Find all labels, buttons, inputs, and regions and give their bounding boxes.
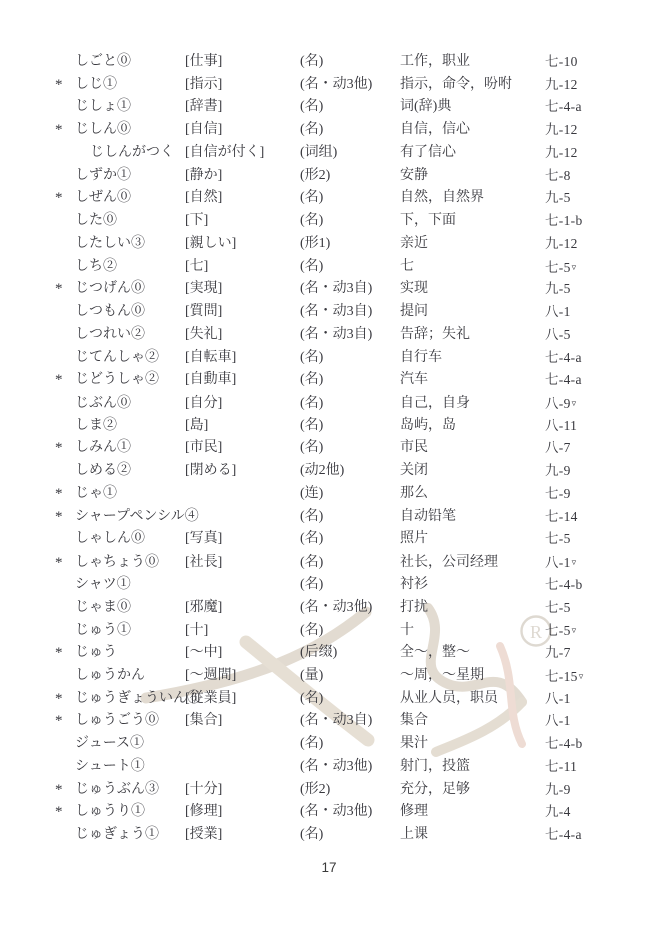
vocab-row: したしい③[親しい](形1)亲近九-12 <box>55 233 658 256</box>
meaning-cell: 果汁 <box>400 733 545 756</box>
pos-cell: (名) <box>300 824 400 847</box>
kanji-cell: [静か] <box>185 165 300 188</box>
ref-cell: 九-5 <box>545 187 658 210</box>
meaning-cell: 衬衫 <box>400 574 545 597</box>
star-marker: * <box>55 74 75 97</box>
meaning-cell: 射门，投篮 <box>400 756 545 779</box>
vocab-row: じゅう①[十](名)十七-5▿ <box>55 619 658 642</box>
ref-cell: 七-15▿ <box>545 665 658 689</box>
vocab-row: じしょ①[辞書](名)词(辞)典七-4-a <box>55 96 658 119</box>
vocab-row: じぶん⓪[自分](名)自己，自身八-9▿ <box>55 392 658 415</box>
ref-cell: 九-12 <box>545 74 658 97</box>
vocab-row: *しゅうごう⓪[集合](名・动3自)集合八-1 <box>55 710 658 733</box>
meaning-cell: 社长，公司经理 <box>400 552 545 575</box>
pos-cell: (名・动3自) <box>300 710 400 733</box>
star-marker: * <box>55 779 75 802</box>
meaning-cell: 充分，足够 <box>400 779 545 802</box>
vocab-row: *しぜん⓪[自然](名)自然，自然界九-5 <box>55 187 658 210</box>
pos-cell: (词组) <box>300 142 400 165</box>
kanji-cell: [自然] <box>185 187 300 210</box>
meaning-cell: 告辞；失礼 <box>400 324 545 347</box>
ref-cell: 八-1 <box>545 710 658 733</box>
kanji-cell: [実現] <box>185 278 300 301</box>
meaning-cell: 修理 <box>400 801 545 824</box>
star-marker: * <box>55 437 75 460</box>
meaning-cell: 自然，自然界 <box>400 187 545 210</box>
meaning-cell: 照片 <box>400 528 545 551</box>
meaning-cell: 自己，自身 <box>400 393 545 416</box>
ref-cell: 七-5▿ <box>545 256 658 280</box>
pos-cell: (名) <box>300 574 400 597</box>
meaning-cell: 有了信心 <box>400 142 545 165</box>
vocab-table: しごと⓪[仕事](名)工作，职业七-10*しじ①[指示](名・动3他)指示，命令… <box>55 51 658 847</box>
vocab-row: しま②[島](名)岛屿，岛八-11 <box>55 415 658 438</box>
word-cell: シャープペンシル④ <box>75 506 185 529</box>
meaning-cell: 十 <box>400 620 545 643</box>
word-cell: じしょ① <box>75 96 185 119</box>
meaning-cell: 自信，信心 <box>400 119 545 142</box>
word-cell: じゅう <box>75 642 185 665</box>
kanji-cell: [自信が付く] <box>185 142 300 165</box>
pos-cell: (名・动3他) <box>300 756 400 779</box>
ref-cell: 九-7 <box>545 642 658 665</box>
pos-cell: (形2) <box>300 165 400 188</box>
word-cell: しじ① <box>75 74 185 97</box>
vocab-row: *しゃちょう⓪[社長](名)社长，公司经理八-1▿ <box>55 551 658 574</box>
kanji-cell: [授業] <box>185 824 300 847</box>
word-cell: しゃちょう⓪ <box>75 552 185 575</box>
meaning-cell: 实现 <box>400 278 545 301</box>
meaning-cell: 词(辞)典 <box>400 96 545 119</box>
vocab-row: じしんがつく[自信が付く](词组)有了信心九-12 <box>55 142 658 165</box>
ref-cell: 八-1▿ <box>545 551 658 575</box>
triangle-marker-icon: ▿ <box>572 262 577 272</box>
kanji-cell: [質問] <box>185 301 300 324</box>
ref-cell: 七-14 <box>545 506 658 529</box>
ref-cell: 八-11 <box>545 415 658 438</box>
meaning-cell: 提问 <box>400 301 545 324</box>
triangle-marker-icon: ▿ <box>572 398 577 408</box>
ref-cell: 八-1 <box>545 301 658 324</box>
vocab-row: *じゅう[～中](后缀)全～，整～九-7 <box>55 642 658 665</box>
vocab-row: しゃしん⓪[写真](名)照片七-5 <box>55 528 658 551</box>
meaning-cell: 从业人员，职员 <box>400 688 545 711</box>
pos-cell: (名) <box>300 210 400 233</box>
kanji-cell: [親しい] <box>185 233 300 256</box>
vocab-row: *シャープペンシル④(名)自动铅笔七-14 <box>55 506 658 529</box>
ref-cell: 七-1-b <box>545 210 658 233</box>
word-cell: しみん① <box>75 437 185 460</box>
ref-cell: 九-9 <box>545 460 658 483</box>
word-cell: した⓪ <box>75 210 185 233</box>
meaning-cell: ～周，～星期 <box>400 665 545 688</box>
meaning-cell: 全～，整～ <box>400 642 545 665</box>
pos-cell: (名) <box>300 506 400 529</box>
word-cell: じつげん⓪ <box>75 278 185 301</box>
meaning-cell: 自动铅笔 <box>400 506 545 529</box>
meaning-cell: 那么 <box>400 483 545 506</box>
kanji-cell: [従業員] <box>185 688 300 711</box>
vocab-row: じゃま⓪[邪魔](名・动3他)打扰七-5 <box>55 597 658 620</box>
kanji-cell: [自動車] <box>185 369 300 392</box>
pos-cell: (名) <box>300 437 400 460</box>
ref-cell: 九-12 <box>545 233 658 256</box>
ref-cell: 七-5 <box>545 528 658 551</box>
kanji-cell: [閉める] <box>185 460 300 483</box>
pos-cell: (名・动3他) <box>300 597 400 620</box>
kanji-cell: [写真] <box>185 528 300 551</box>
pos-cell: (名・动3他) <box>300 801 400 824</box>
pos-cell: (名・动3自) <box>300 324 400 347</box>
star-marker: * <box>55 801 75 824</box>
vocab-row: シャツ①(名)衬衫七-4-b <box>55 574 658 597</box>
pos-cell: (后缀) <box>300 642 400 665</box>
pos-cell: (名) <box>300 51 400 74</box>
word-cell: じゅぎょう① <box>75 824 185 847</box>
kanji-cell: [集合] <box>185 710 300 733</box>
ref-cell: 八-7 <box>545 437 658 460</box>
meaning-cell: 工作，职业 <box>400 51 545 74</box>
vocab-row: *しみん①[市民](名)市民八-7 <box>55 437 658 460</box>
pos-cell: (名) <box>300 552 400 575</box>
word-cell: しごと⓪ <box>75 51 185 74</box>
pos-cell: (名) <box>300 393 400 416</box>
vocab-row: シュート①(名・动3他)射门，投篮七-11 <box>55 756 658 779</box>
kanji-cell: [十] <box>185 620 300 643</box>
kanji-cell: [失礼] <box>185 324 300 347</box>
pos-cell: (名) <box>300 96 400 119</box>
kanji-cell: [～週間] <box>185 665 300 688</box>
star-marker: * <box>55 187 75 210</box>
vocab-row: *じつげん⓪[実現](名・动3自)实现九-5 <box>55 278 658 301</box>
word-cell: しつもん⓪ <box>75 301 185 324</box>
star-marker: * <box>55 483 75 506</box>
word-cell: じゃま⓪ <box>75 597 185 620</box>
kanji-cell: [島] <box>185 415 300 438</box>
kanji-cell: [自信] <box>185 119 300 142</box>
word-cell: しち② <box>75 256 185 279</box>
word-cell: じゅうぎょういん③ <box>75 688 185 711</box>
pos-cell: (名) <box>300 620 400 643</box>
pos-cell: (名・动3自) <box>300 278 400 301</box>
vocab-row: *じしん⓪[自信](名)自信，信心九-12 <box>55 119 658 142</box>
vocab-row: した⓪[下](名)下，下面七-1-b <box>55 210 658 233</box>
star-marker: * <box>55 642 75 665</box>
kanji-cell: [自分] <box>185 393 300 416</box>
word-cell: したしい③ <box>75 233 185 256</box>
kanji-cell: [自転車] <box>185 347 300 370</box>
star-marker: * <box>55 710 75 733</box>
ref-cell: 九-4 <box>545 801 658 824</box>
ref-cell: 七-4-a <box>545 96 658 119</box>
triangle-marker-icon: ▿ <box>572 557 577 567</box>
star-marker: * <box>55 369 75 392</box>
ref-cell: 九-12 <box>545 119 658 142</box>
word-cell: シュート① <box>75 756 185 779</box>
meaning-cell: 市民 <box>400 437 545 460</box>
kanji-cell: [市民] <box>185 437 300 460</box>
pos-cell: (名) <box>300 528 400 551</box>
word-cell: ジュース① <box>75 733 185 756</box>
ref-cell: 九-12 <box>545 142 658 165</box>
ref-cell: 九-9 <box>545 779 658 802</box>
meaning-cell: 自行车 <box>400 347 545 370</box>
word-cell: じゅうぶん③ <box>75 779 185 802</box>
pos-cell: (名・动3自) <box>300 301 400 324</box>
ref-cell: 七-5 <box>545 597 658 620</box>
star-marker: * <box>55 278 75 301</box>
vocab-row: *しゅうり①[修理](名・动3他)修理九-4 <box>55 801 658 824</box>
ref-cell: 八-9▿ <box>545 392 658 416</box>
pos-cell: (动2他) <box>300 460 400 483</box>
ref-cell: 七-4-b <box>545 733 658 756</box>
pos-cell: (名) <box>300 119 400 142</box>
vocab-row: *じどうしゃ②[自動車](名)汽车七-4-a <box>55 369 658 392</box>
ref-cell: 七-4-a <box>545 369 658 392</box>
star-marker: * <box>55 688 75 711</box>
pos-cell: (名) <box>300 688 400 711</box>
vocab-row: ジュース①(名)果汁七-4-b <box>55 733 658 756</box>
ref-cell: 九-5 <box>545 278 658 301</box>
kanji-cell: [邪魔] <box>185 597 300 620</box>
triangle-marker-icon: ▿ <box>579 671 584 681</box>
pos-cell: (量) <box>300 665 400 688</box>
meaning-cell: 指示，命令，吩咐 <box>400 74 545 97</box>
word-cell: じどうしゃ② <box>75 369 185 392</box>
vocab-row: しつれい②[失礼](名・动3自)告辞；失礼八-5 <box>55 324 658 347</box>
vocabulary-page: R しごと⓪[仕事](名)工作，职业七-10*しじ①[指示](名・动3他)指示，… <box>0 0 658 926</box>
word-cell: しま② <box>75 415 185 438</box>
word-cell: じしん⓪ <box>75 119 185 142</box>
ref-cell: 七-4-b <box>545 574 658 597</box>
pos-cell: (形1) <box>300 233 400 256</box>
meaning-cell: 下，下面 <box>400 210 545 233</box>
word-cell: しゃしん⓪ <box>75 528 185 551</box>
ref-cell: 八-1 <box>545 688 658 711</box>
word-cell: しゅうり① <box>75 801 185 824</box>
word-cell: しずか① <box>75 165 185 188</box>
kanji-cell: [修理] <box>185 801 300 824</box>
ref-cell: 八-5 <box>545 324 658 347</box>
ref-cell: 七-4-a <box>545 347 658 370</box>
pos-cell: (名) <box>300 347 400 370</box>
kanji-cell: [～中] <box>185 642 300 665</box>
word-cell: じゅう① <box>75 620 185 643</box>
vocab-row: しち②[七](名)七七-5▿ <box>55 256 658 279</box>
ref-cell: 七-5▿ <box>545 619 658 643</box>
vocab-row: しつもん⓪[質問](名・动3自)提问八-1 <box>55 301 658 324</box>
meaning-cell: 七 <box>400 256 545 279</box>
word-cell: シャツ① <box>75 574 185 597</box>
word-cell: しぜん⓪ <box>75 187 185 210</box>
pos-cell: (名) <box>300 187 400 210</box>
ref-cell: 七-4-a <box>545 824 658 847</box>
meaning-cell: 亲近 <box>400 233 545 256</box>
meaning-cell: 关闭 <box>400 460 545 483</box>
word-cell: しゅうかん <box>75 665 185 688</box>
vocab-row: しごと⓪[仕事](名)工作，职业七-10 <box>55 51 658 74</box>
meaning-cell: 安静 <box>400 165 545 188</box>
page-number: 17 <box>0 860 658 875</box>
vocab-row: *じゅうぶん③[十分](形2)充分，足够九-9 <box>55 779 658 802</box>
vocab-row: しずか①[静か](形2)安静七-8 <box>55 165 658 188</box>
word-cell: じてんしゃ② <box>75 347 185 370</box>
kanji-cell: [指示] <box>185 74 300 97</box>
kanji-cell: [社長] <box>185 552 300 575</box>
ref-cell: 七-8 <box>545 165 658 188</box>
pos-cell: (形2) <box>300 779 400 802</box>
kanji-cell: [十分] <box>185 779 300 802</box>
kanji-cell: [仕事] <box>185 51 300 74</box>
pos-cell: (名・动3他) <box>300 74 400 97</box>
meaning-cell: 汽车 <box>400 369 545 392</box>
word-cell: じしんがつく <box>75 142 185 165</box>
star-marker: * <box>55 119 75 142</box>
ref-cell: 七-10 <box>545 51 658 74</box>
meaning-cell: 上课 <box>400 824 545 847</box>
kanji-cell: [七] <box>185 256 300 279</box>
vocab-row: じてんしゃ②[自転車](名)自行车七-4-a <box>55 347 658 370</box>
vocab-row: *しじ①[指示](名・动3他)指示，命令，吩咐九-12 <box>55 74 658 97</box>
meaning-cell: 岛屿，岛 <box>400 415 545 438</box>
pos-cell: (名) <box>300 369 400 392</box>
vocab-row: *じゅうぎょういん③[従業員](名)从业人员，职员八-1 <box>55 688 658 711</box>
triangle-marker-icon: ▿ <box>572 625 577 635</box>
star-marker: * <box>55 506 75 529</box>
word-cell: しめる② <box>75 460 185 483</box>
kanji-cell: [辞書] <box>185 96 300 119</box>
word-cell: じゃ① <box>75 483 185 506</box>
pos-cell: (连) <box>300 483 400 506</box>
pos-cell: (名) <box>300 256 400 279</box>
kanji-cell: [下] <box>185 210 300 233</box>
ref-cell: 七-11 <box>545 756 658 779</box>
vocab-row: しゅうかん[～週間](量)～周，～星期七-15▿ <box>55 665 658 688</box>
ref-cell: 七-9 <box>545 483 658 506</box>
vocab-row: *じゃ①(连)那么七-9 <box>55 483 658 506</box>
meaning-cell: 集合 <box>400 710 545 733</box>
star-marker: * <box>55 552 75 575</box>
pos-cell: (名) <box>300 733 400 756</box>
vocab-row: じゅぎょう①[授業](名)上课七-4-a <box>55 824 658 847</box>
vocab-row: しめる②[閉める](动2他)关闭九-9 <box>55 460 658 483</box>
word-cell: じぶん⓪ <box>75 393 185 416</box>
pos-cell: (名) <box>300 415 400 438</box>
meaning-cell: 打扰 <box>400 597 545 620</box>
word-cell: しゅうごう⓪ <box>75 710 185 733</box>
word-cell: しつれい② <box>75 324 185 347</box>
